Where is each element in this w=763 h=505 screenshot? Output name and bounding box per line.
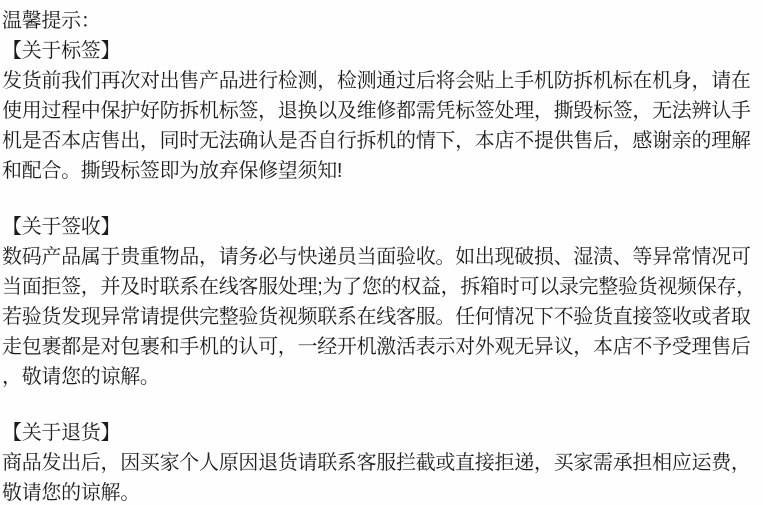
section-about-receipt-body: 数码产品属于贵重物品，请务必与快递员当面验收。如出现破损、湿渍、等异常情况可 当… [2, 242, 763, 392]
section-about-label-heading: 【关于标签】 [2, 36, 763, 66]
notice-title: 温馨提示： [2, 6, 763, 36]
section-about-return-heading: 【关于退货】 [2, 418, 763, 448]
section-about-receipt: 【关于签收】 数码产品属于贵重物品，请务必与快递员当面验收。如出现破损、湿渍、等… [2, 212, 763, 392]
section-about-label-body: 发货前我们再次对出售产品进行检测，检测通过后将会贴上手机防拆机标在机身，请在 使… [2, 66, 763, 186]
section-about-receipt-heading: 【关于签收】 [2, 212, 763, 242]
section-about-label: 【关于标签】 发货前我们再次对出售产品进行检测，检测通过后将会贴上手机防拆机标在… [2, 36, 763, 186]
notice-page: 温馨提示： 【关于标签】 发货前我们再次对出售产品进行检测，检测通过后将会贴上手… [0, 0, 763, 505]
section-about-return: 【关于退货】 商品发出后，因买家个人原因退货请联系客服拦截或直接拒递，买家需承担… [2, 418, 763, 505]
section-about-return-body: 商品发出后，因买家个人原因退货请联系客服拦截或直接拒递，买家需承担相应运费， 敬… [2, 448, 763, 505]
